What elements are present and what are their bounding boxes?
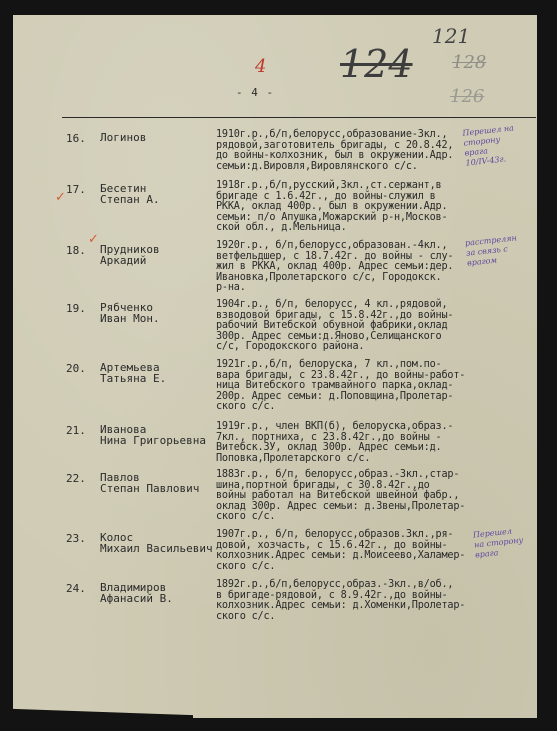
entry-number: 18. bbox=[66, 244, 86, 257]
entry-name: Прудников Аркадий bbox=[100, 244, 160, 266]
entry-description: 1918г.р.,б/п,русский,3кл.,ст.сержант,в б… bbox=[216, 181, 456, 234]
red-page-mark: 4 bbox=[255, 56, 266, 77]
archive-folio-number: 124 bbox=[340, 42, 413, 86]
entry-name: Колос Михаил Васильевич bbox=[100, 532, 213, 554]
entry-number: 22. bbox=[66, 472, 86, 485]
archive-folio-number-alt: 121 bbox=[432, 24, 470, 48]
entry-name: Артемьева Татьяна Е. bbox=[100, 362, 166, 384]
entry-description: 1907г.р., б/п, белорусс,образов.3кл.,ря-… bbox=[216, 530, 456, 572]
entry-number: 17. bbox=[66, 183, 86, 196]
entry-number: 19. bbox=[66, 302, 86, 315]
entry-name: Рябченко Иван Мон. bbox=[100, 302, 160, 324]
struck-folio-number-1: 128 bbox=[452, 52, 486, 73]
entry-name: Иванова Нина Григорьевна bbox=[100, 424, 206, 446]
red-check-icon: ✓ bbox=[88, 232, 99, 247]
entry-description: 1892г.р.,б/п,белорусс,образ.-3кл.,в/об.,… bbox=[216, 580, 456, 622]
red-check-icon: ✓ bbox=[55, 190, 66, 205]
entry-description: 1910г.р.,б/п,белорусс,образование-3кл., … bbox=[216, 130, 456, 172]
entry-number: 23. bbox=[66, 532, 86, 545]
entry-description: 1921г.р.,б/п, белоруска, 7 кл.,пом.по- в… bbox=[216, 360, 456, 413]
entry-name: Владимиров Афанасий В. bbox=[100, 582, 173, 604]
entry-description: 1920г.р., б/п,белорусс,образован.-4кл., … bbox=[216, 241, 456, 294]
handwritten-note: Перешел на сторону врага 10/IV-43г. bbox=[462, 123, 517, 168]
entry-number: 20. bbox=[66, 362, 86, 375]
entry-description: 1883г.р., б/п, белорусс,образ.-3кл.,стар… bbox=[216, 470, 456, 523]
entry-name: Логинов bbox=[100, 132, 146, 143]
page-number: - 4 - bbox=[236, 86, 274, 99]
entry-number: 24. bbox=[66, 582, 86, 595]
entry-name: Павлов Степан Павлович bbox=[100, 472, 199, 494]
handwritten-note: расстрелян за связь с врагом bbox=[465, 233, 520, 268]
entry-description: 1919г.р., член ВКП(б), белоруска,образ.-… bbox=[216, 422, 456, 464]
struck-folio-number-2: 126 bbox=[450, 86, 484, 107]
header-divider bbox=[62, 117, 536, 118]
entry-number: 21. bbox=[66, 424, 86, 437]
entry-number: 16. bbox=[66, 132, 86, 145]
handwritten-note: Перешел на сторону врага bbox=[473, 526, 525, 561]
entry-description: 1904г.р., б/п, белорусс, 4 кл.,рядовой, … bbox=[216, 300, 456, 353]
entry-name: Бесетин Степан А. bbox=[100, 183, 160, 205]
